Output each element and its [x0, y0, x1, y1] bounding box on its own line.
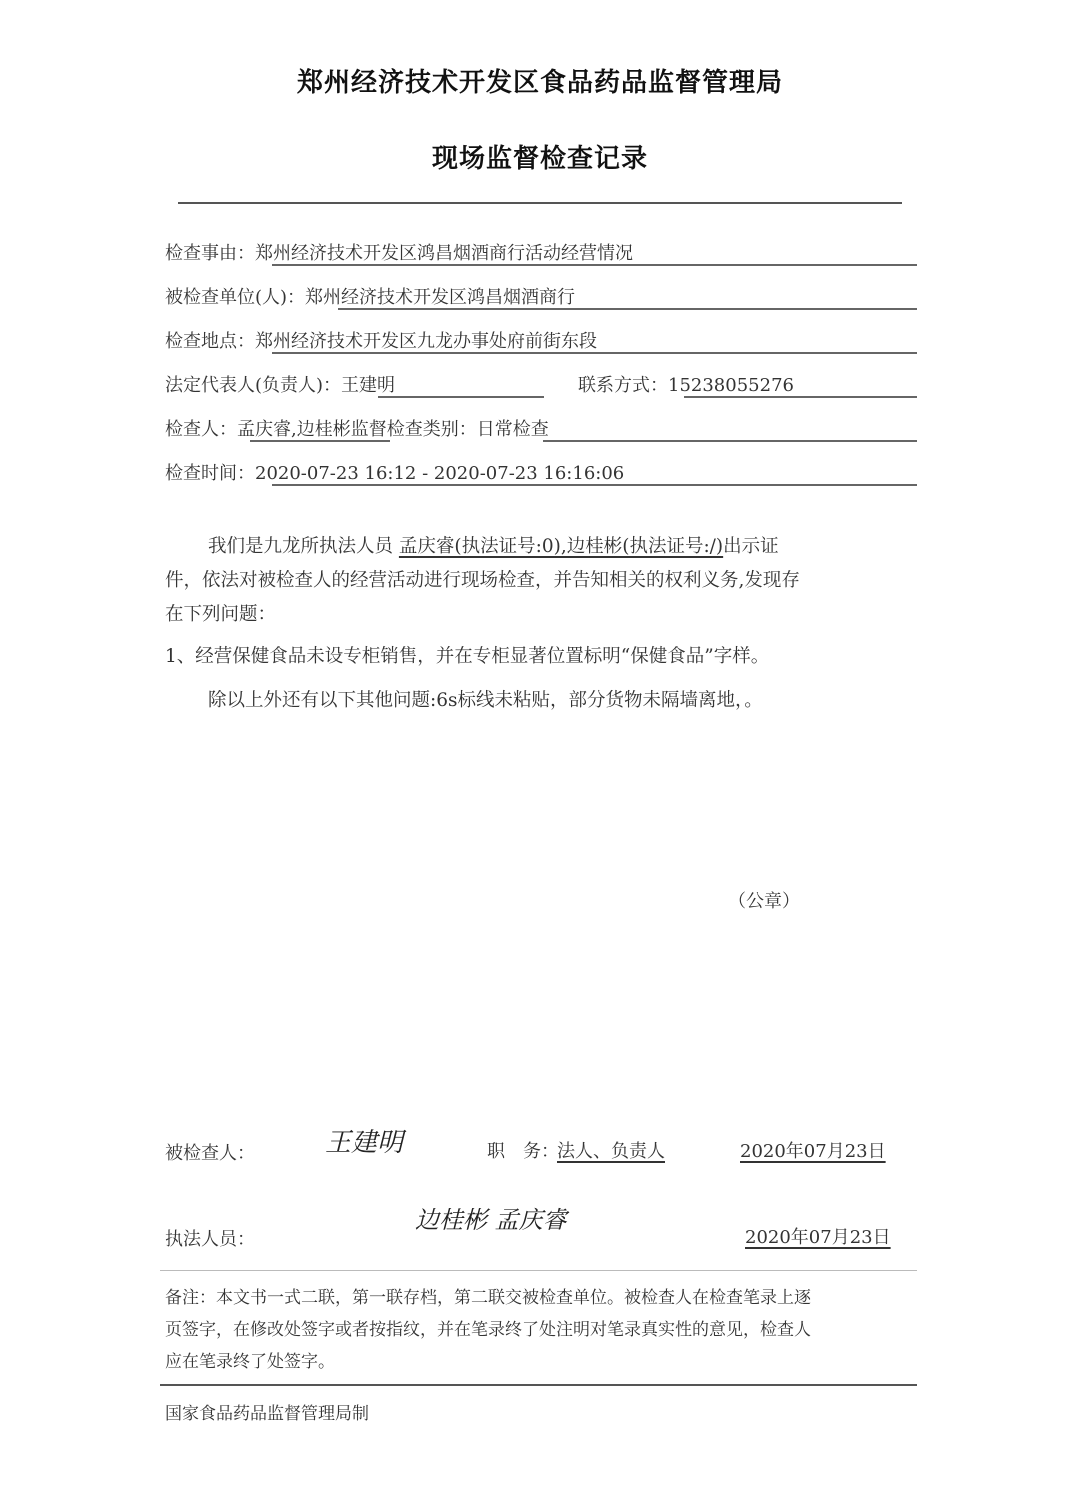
note-top-divider	[160, 1270, 917, 1271]
time-label: 检查时间：	[165, 463, 255, 484]
title-divider	[178, 202, 902, 204]
inspectors-underline	[250, 440, 390, 442]
officer-date: 2020年07月23日	[745, 1226, 891, 1250]
agency-title: 郑州经济技术开发区食品药品监督管理局	[0, 62, 1080, 99]
position-value: 法人、负责人	[557, 1140, 665, 1164]
inspected-unit-underline	[338, 308, 917, 310]
intro-officers: 孟庆睿(执法证号:0),边桂彬(执法证号:/)	[399, 536, 723, 557]
time-value: 2020-07-23 16:12 - 2020-07-23 16:16:06	[255, 463, 624, 484]
position-label: 职 务：	[487, 1140, 559, 1164]
inspected-person-label: 被检查人：	[165, 1142, 255, 1166]
note-line-1: 备注：本文书一式二联，第一联存档，第二联交被检查单位。被检查人在检查笔录上逐	[165, 1282, 811, 1314]
intro-line: 我们是九龙所执法人员 孟庆睿(执法证号:0),边桂彬(执法证号:/)出示证	[208, 530, 779, 564]
contact-underline	[684, 396, 917, 398]
inspected-date: 2020年07月23日	[740, 1140, 886, 1164]
form-title: 现场监督检查记录	[0, 138, 1080, 175]
inspectors-row: 检查人：孟庆睿,边桂彬监督检查类别：日常检查	[165, 418, 549, 442]
inspected-unit-value: 郑州经济技术开发区鸿昌烟酒商行	[305, 287, 575, 308]
intro-line-3: 在下列问题：	[165, 598, 276, 632]
legal-rep-value: 王建明	[341, 375, 395, 396]
time-row: 检查时间：2020-07-23 16:12 - 2020-07-23 16:16…	[165, 462, 624, 486]
category-value: 日常检查	[477, 419, 549, 440]
location-underline	[272, 352, 917, 354]
location-row: 检查地点：郑州经济技术开发区九龙办事处府前街东段	[165, 330, 597, 354]
officer-signature: 边桂彬 孟庆睿	[415, 1200, 567, 1235]
legal-rep-row: 法定代表人(负责人)：王建明	[165, 374, 395, 398]
inspected-unit-row: 被检查单位(人)：郑州经济技术开发区鸿昌烟酒商行	[165, 286, 575, 310]
legal-rep-label: 法定代表人(负责人)：	[165, 375, 341, 396]
category-underline	[543, 440, 917, 442]
inspected-person-signature: 王建明	[325, 1122, 403, 1159]
reason-value: 郑州经济技术开发区鸿昌烟酒商行活动经营情况	[255, 243, 633, 264]
reason-underline	[272, 264, 917, 266]
inspectors-label: 检查人：	[165, 419, 237, 440]
category-label: 监督检查类别：	[351, 419, 477, 440]
contact-value: 15238055276	[668, 375, 794, 396]
footer-divider	[160, 1384, 917, 1386]
note-line-2: 页签字，在修改处签字或者按指纹，并在笔录终了处注明对笔录真实性的意见，检查人	[165, 1314, 811, 1346]
intro-line-2: 件，依法对被检查人的经营活动进行现场检查，并告知相关的权利义务,发现存	[165, 564, 800, 598]
footer-issuer: 国家食品药品监督管理局制	[165, 1398, 369, 1430]
intro-suffix: 出示证	[723, 536, 779, 557]
inspected-unit-label: 被检查单位(人)：	[165, 287, 305, 308]
legal-rep-underline	[378, 396, 544, 398]
contact-row: 联系方式：15238055276	[578, 374, 794, 398]
reason-row: 检查事由：郑州经济技术开发区鸿昌烟酒商行活动经营情况	[165, 242, 633, 266]
contact-label: 联系方式：	[578, 375, 668, 396]
note-line-3: 应在笔录终了处签字。	[165, 1346, 335, 1378]
intro-prefix: 我们是九龙所执法人员	[208, 536, 393, 557]
time-underline	[272, 484, 917, 486]
location-label: 检查地点：	[165, 331, 255, 352]
location-value: 郑州经济技术开发区九龙办事处府前街东段	[255, 331, 597, 352]
other-issues: 除以上外还有以下其他问题:6s标线未粘贴，部分货物未隔墙离地，。	[208, 684, 763, 718]
officer-label: 执法人员：	[165, 1228, 255, 1252]
official-seal-placeholder: （公章）	[728, 890, 800, 914]
inspectors-value: 孟庆睿,边桂彬	[237, 419, 351, 440]
reason-label: 检查事由：	[165, 243, 255, 264]
issue-1: 1、经营保健食品未设专柜销售，并在专柜显著位置标明“保健食品”字样。	[165, 640, 769, 674]
